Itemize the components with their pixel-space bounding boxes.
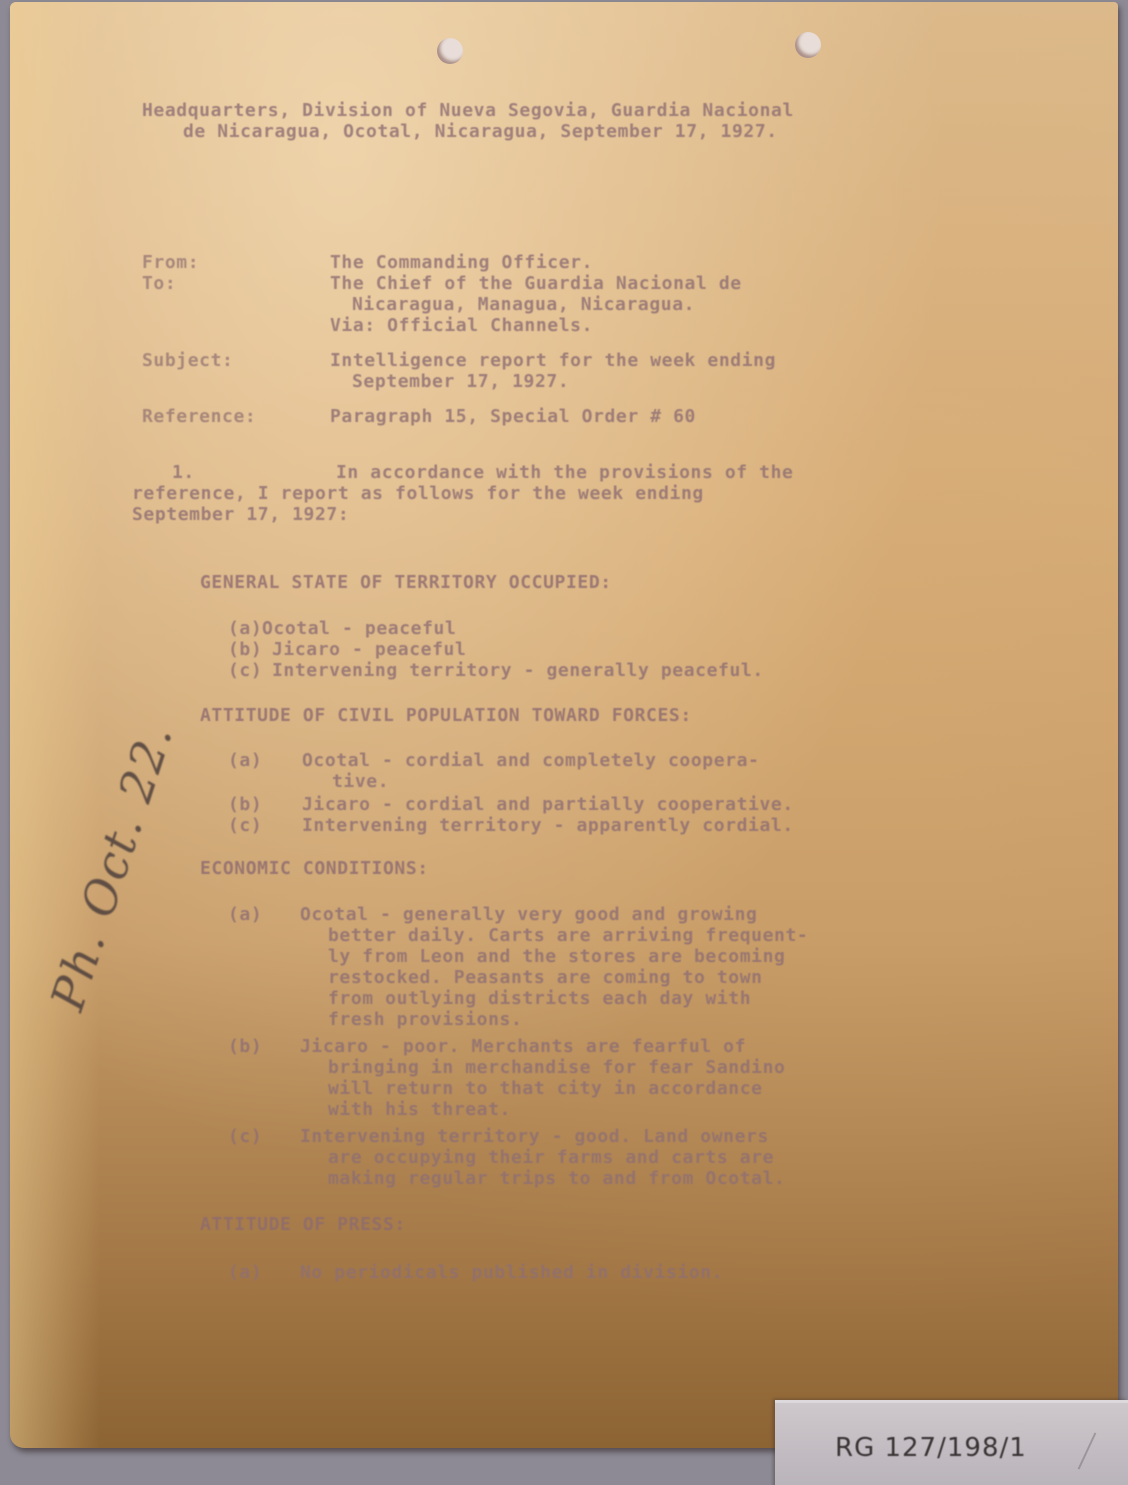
civil-item-b: Jicaro - cordial and partially cooperati…	[302, 794, 794, 815]
to-line-2: Nicaragua, Managua, Nicaragua.	[352, 294, 695, 315]
reference-value: Paragraph 15, Special Order # 60	[330, 406, 696, 427]
territory-item-b: Jicaro - peaceful	[272, 639, 466, 660]
punch-hole-left	[437, 38, 463, 64]
civil-item-c-marker: (c)	[228, 815, 262, 836]
section-heading-territory: GENERAL STATE OF TERRITORY OCCUPIED:	[200, 572, 612, 593]
section-heading-economic: ECONOMIC CONDITIONS:	[200, 858, 429, 879]
economic-item-b-line-1: Jicaro - poor. Merchants are fearful of	[300, 1036, 746, 1057]
section-heading-press: ATTITUDE OF PRESS:	[200, 1214, 406, 1235]
civil-item-c: Intervening territory - apparently cordi…	[302, 815, 794, 836]
reference-label: Reference:	[142, 406, 256, 427]
paragraph-line-1: In accordance with the provisions of the	[336, 462, 793, 483]
economic-item-b-line-4: with his threat.	[328, 1099, 511, 1120]
economic-item-c-marker: (c)	[228, 1126, 262, 1147]
archive-label-card: RG 127/198/1	[775, 1400, 1128, 1485]
paragraph-number: 1.	[172, 462, 195, 483]
civil-item-a-marker: (a)	[228, 750, 262, 771]
from-value: The Commanding Officer.	[330, 252, 593, 273]
economic-item-a-line-5: from outlying districts each day with	[328, 988, 751, 1009]
territory-item-b-marker: (b)	[228, 639, 262, 660]
subject-label: Subject:	[142, 350, 234, 371]
economic-item-a-line-6: fresh provisions.	[328, 1009, 522, 1030]
civil-item-b-marker: (b)	[228, 794, 262, 815]
economic-item-a-line-4: restocked. Peasants are coming to town	[328, 967, 763, 988]
section-heading-civil-attitude: ATTITUDE OF CIVIL POPULATION TOWARD FORC…	[200, 705, 692, 726]
paragraph-line-2: reference, I report as follows for the w…	[132, 483, 704, 504]
economic-item-c-line-3: making regular trips to and from Ocotal.	[328, 1168, 785, 1189]
civil-item-a-line-2: tive.	[332, 771, 389, 792]
economic-item-a-marker: (a)	[228, 904, 262, 925]
economic-item-a-line-2: better daily. Carts are arriving frequen…	[328, 925, 808, 946]
territory-item-c: Intervening territory - generally peacef…	[272, 660, 764, 681]
economic-item-b-marker: (b)	[228, 1036, 262, 1057]
economic-item-c-line-2: are occupying their farms and carts are	[328, 1147, 774, 1168]
subject-line-2: September 17, 1927.	[352, 371, 569, 392]
archive-reference: RG 127/198/1	[835, 1433, 1027, 1463]
economic-item-a-line-1: Ocotal - generally very good and growing	[300, 904, 757, 925]
territory-item-c-marker: (c)	[228, 660, 262, 681]
territory-item-a-marker: (a)	[228, 618, 262, 639]
header-line-2: de Nicaragua, Ocotal, Nicaragua, Septemb…	[183, 121, 778, 142]
economic-item-b-line-3: will return to that city in accordance	[328, 1078, 763, 1099]
to-line-1: The Chief of the Guardia Nacional de	[330, 273, 742, 294]
economic-item-b-line-2: bringing in merchandise for fear Sandino	[328, 1057, 785, 1078]
economic-item-c-line-1: Intervening territory - good. Land owner…	[300, 1126, 769, 1147]
press-item-a: No periodicals published in division.	[300, 1262, 723, 1283]
header-line-1: Headquarters, Division of Nueva Segovia,…	[142, 100, 794, 121]
economic-item-a-line-3: ly from Leon and the stores are becoming	[328, 946, 785, 967]
to-line-3: Via: Official Channels.	[330, 315, 593, 336]
to-label: To:	[142, 273, 176, 294]
subject-line-1: Intelligence report for the week ending	[330, 350, 776, 371]
punch-hole-right	[795, 32, 821, 58]
pencil-mark	[1078, 1432, 1097, 1469]
press-item-a-marker: (a)	[228, 1262, 262, 1283]
paragraph-line-3: September 17, 1927:	[132, 504, 349, 525]
civil-item-a-line-1: Ocotal - cordial and completely coopera-	[302, 750, 759, 771]
from-label: From:	[142, 252, 199, 273]
territory-item-a: Ocotal - peaceful	[262, 618, 456, 639]
